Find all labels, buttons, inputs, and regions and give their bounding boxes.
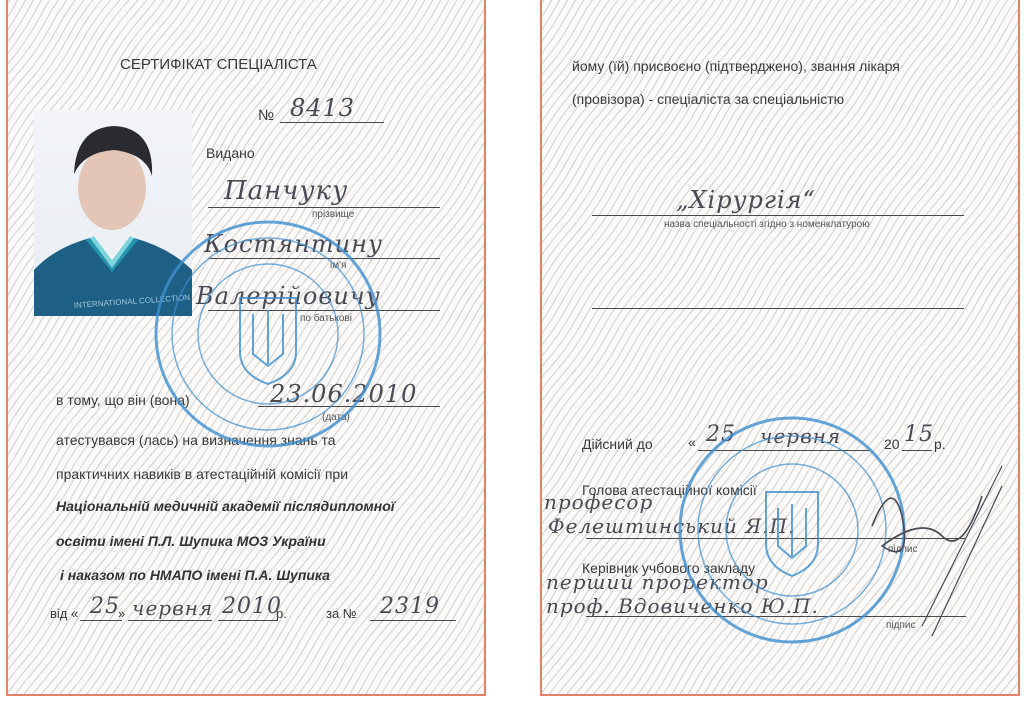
- specialty-line: [592, 215, 964, 216]
- institution-head-line: [586, 616, 966, 617]
- order-number: 2319: [380, 594, 440, 619]
- signature-caption-1: підпис: [888, 544, 917, 555]
- surname-value: Панчуку: [224, 176, 348, 206]
- signature-caption-2: підпис: [886, 620, 915, 631]
- valid-date-line: [698, 450, 870, 451]
- order-year-suffix: р.: [276, 606, 287, 621]
- patronymic-value: Валерійовичу: [196, 282, 381, 310]
- right-body-line-2: (провізора) - спеціаліста за спеціальніс…: [572, 91, 844, 107]
- institution-line-1: Національній медичній академії післядипл…: [56, 498, 395, 514]
- name-value: Костянтину: [204, 230, 383, 258]
- issued-label: Видано: [206, 145, 255, 161]
- specialty-caption: назва спеціальності згідно з номенклатур…: [664, 219, 870, 230]
- valid-year-prefix: 20: [884, 436, 900, 452]
- certificate-number: 8413: [290, 94, 355, 122]
- number-line: [280, 122, 384, 123]
- commission-head-name: Фелештинський Я.П.: [548, 514, 795, 538]
- valid-month: червня: [760, 424, 841, 448]
- patronymic-caption: по батькові: [300, 313, 352, 324]
- certificate-title: СЕРТИФІКАТ СПЕЦІАЛІСТА: [120, 56, 317, 73]
- date-caption: (дата): [322, 412, 350, 423]
- order-day-line: [80, 620, 122, 621]
- person-portrait-icon: INTERNATIONAL COLLECTION: [34, 110, 192, 316]
- order-day-close: »: [118, 606, 125, 621]
- attestation-date: 23.06.2010: [270, 380, 417, 408]
- valid-year-suffix: 15: [904, 422, 934, 447]
- order-number-line: [370, 620, 456, 621]
- surname-caption: прізвище: [312, 209, 354, 220]
- portrait-photo: INTERNATIONAL COLLECTION: [34, 110, 192, 316]
- commission-head-title: професор: [544, 490, 653, 514]
- institution-head-title: перший проректор: [546, 570, 769, 594]
- name-line: [208, 258, 440, 259]
- order-year-line: [218, 620, 278, 621]
- valid-until-label: Дійсний до: [582, 436, 653, 452]
- commission-head-line: [586, 538, 966, 539]
- order-from-label: від «: [50, 606, 78, 621]
- order-month-line: [128, 620, 212, 621]
- name-caption: ім'я: [330, 260, 346, 271]
- certificate-right-page: йому (їй) присвоєно (підтверджено), зван…: [540, 0, 1020, 696]
- patronymic-line: [208, 310, 440, 311]
- institution-line-3: і наказом по НМАПО імені П.А. Шупика: [60, 567, 330, 583]
- institution-head-name: проф. Вдовиченко Ю.П.: [546, 594, 819, 618]
- order-month: червня: [132, 596, 213, 620]
- valid-day: 25: [706, 422, 736, 447]
- surname-line: [208, 207, 440, 208]
- institution-line-2: освіти імені П.Л. Шупика МОЗ України: [56, 533, 326, 549]
- valid-r: р.: [934, 436, 946, 452]
- valid-open-quote: «: [688, 434, 696, 450]
- guilloche-pattern: [8, 0, 484, 694]
- that-label: в тому, що він (вона): [56, 392, 190, 408]
- body-line-2: практичних навиків в атестаційній комісі…: [56, 466, 348, 482]
- order-day: 25: [90, 594, 120, 619]
- date-line: [258, 406, 440, 407]
- number-label: №: [258, 107, 274, 124]
- specialty-value: „Хірургія“: [676, 186, 816, 214]
- order-number-label: за №: [326, 606, 357, 621]
- body-line-1: атестувався (лась) на визначення знань т…: [56, 432, 336, 448]
- specialty-extra-line: [592, 308, 964, 309]
- order-year: 2010: [222, 594, 282, 619]
- certificate-left-page: СЕРТИФІКАТ СПЕЦІАЛІСТА № 8413 INTERNATIO…: [6, 0, 486, 696]
- right-body-line-1: йому (їй) присвоєно (підтверджено), зван…: [572, 58, 900, 74]
- valid-year-line: [902, 450, 932, 451]
